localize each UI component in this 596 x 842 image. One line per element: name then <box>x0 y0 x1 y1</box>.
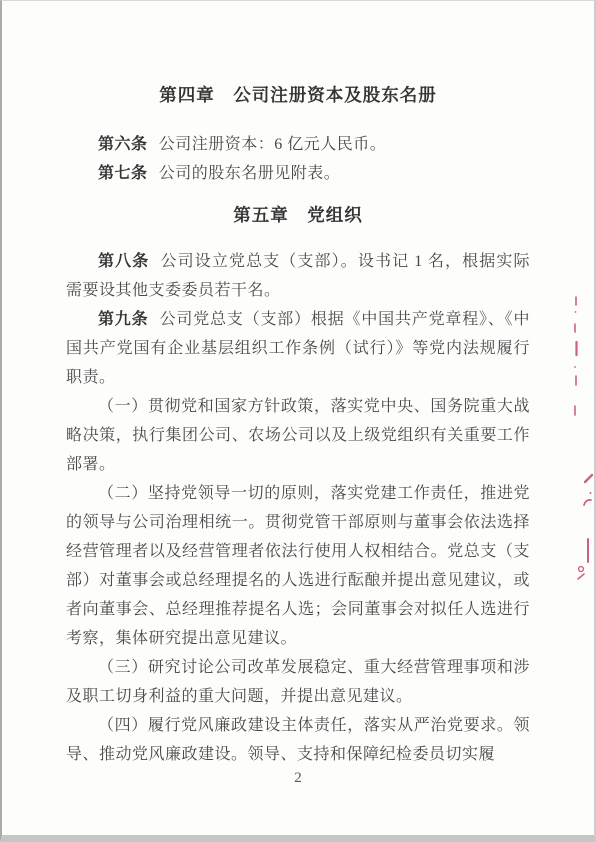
document-page: 第四章 公司注册资本及股东名册 第六条公司注册资本：6 亿元人民币。 第七条公司… <box>0 0 596 842</box>
article-9-item-4: （四）履行党风廉政建设主体责任，落实从严治党要求。领导、推动党风廉政建设。领导、… <box>66 711 530 769</box>
article-9-label: 第九条 <box>98 311 148 328</box>
article-7-label: 第七条 <box>98 165 148 182</box>
article-6-text: 公司注册资本：6 亿元人民币。 <box>159 136 387 153</box>
article-9-item-2-text: （二）坚持党领导一切的原则，落实党建工作责任，推进党的领导与公司治理相统一。贯彻… <box>66 485 530 647</box>
article-9-item-3-text: （三）研究讨论公司改革发展稳定、重大经营管理事项和涉及职工切身利益的重大问题，并… <box>66 659 530 705</box>
article-7-text: 公司的股东名册见附表。 <box>159 165 341 182</box>
page-content: 第四章 公司注册资本及股东名册 第六条公司注册资本：6 亿元人民币。 第七条公司… <box>2 1 594 769</box>
page-number: 2 <box>2 770 594 787</box>
article-9: 第九条公司党总支（支部）根据《中国共产党章程》、《中国共产党国有企业基层组织工作… <box>66 305 530 392</box>
chapter-4-heading: 第四章 公司注册资本及股东名册 <box>66 83 530 107</box>
article-9-item-3: （三）研究讨论公司改革发展稳定、重大经营管理事项和涉及职工切身利益的重大问题，并… <box>66 653 530 711</box>
article-9-item-4-text: （四）履行党风廉政建设主体责任，落实从严治党要求。领导、推动党风廉政建设。领导、… <box>66 717 530 763</box>
article-6-label: 第六条 <box>98 136 148 153</box>
article-9-item-1-text: （一）贯彻党和国家方针政策，落实党中央、国务院重大战略决策，执行集团公司、农场公… <box>66 398 530 473</box>
article-6: 第六条公司注册资本：6 亿元人民币。 <box>66 130 530 159</box>
chapter-5-heading: 第五章 党组织 <box>66 203 530 227</box>
article-9-item-1: （一）贯彻党和国家方针政策，落实党中央、国务院重大战略决策，执行集团公司、农场公… <box>66 392 530 479</box>
article-8: 第八条公司设立党总支（支部）。设书记 1 名，根据实际需要设其他支委委员若干名。 <box>66 247 530 305</box>
article-8-label: 第八条 <box>98 253 149 270</box>
article-9-item-2: （二）坚持党领导一切的原则，落实党建工作责任，推进党的领导与公司治理相统一。贯彻… <box>66 479 530 653</box>
article-7: 第七条公司的股东名册见附表。 <box>66 159 530 188</box>
